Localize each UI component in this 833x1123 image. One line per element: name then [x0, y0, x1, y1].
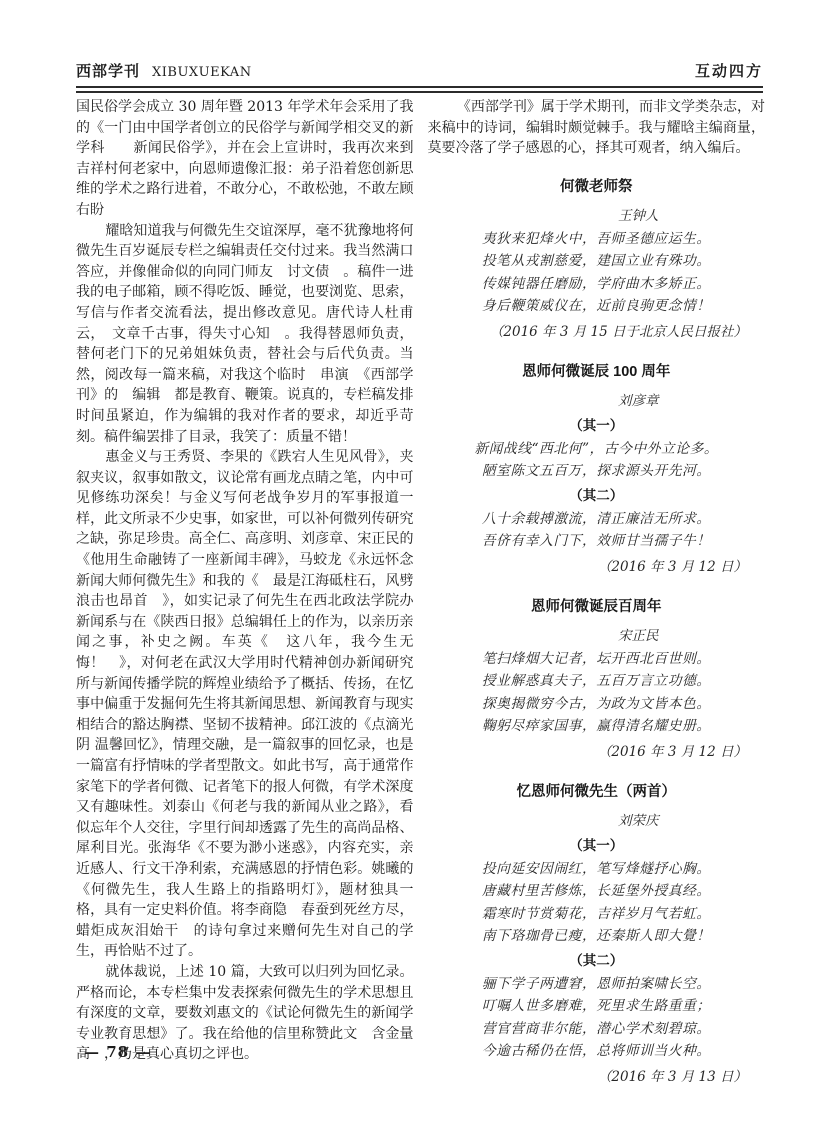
- poem-date: （2016 年 3 月 12 日）: [428, 740, 766, 764]
- stanza-label: （其二）: [428, 483, 766, 508]
- poem-title: 恩师何微诞辰百周年: [428, 595, 766, 616]
- poem-line: 南下珞珈骨已瘦，还秦斯人即大覺！: [428, 925, 766, 948]
- page-number: — 78 —: [84, 1043, 151, 1061]
- poem-line: 身后鞭策威仪在，近前良驹更念情！: [428, 295, 766, 318]
- poem-title: 忆恩师何微先生（两首）: [428, 780, 766, 801]
- poem-line: 陋室陈文五百万，探求源头开先河。: [428, 460, 766, 483]
- header-double-rule: [76, 86, 763, 93]
- poem-line: 传媒钝器任磨励，学府曲木多矫正。: [428, 273, 766, 296]
- poem-line: 投笔从戎割慈爱，建国立业有殊功。: [428, 250, 766, 273]
- poem-enshi-bai-zhounian: 恩师何微诞辰百周年 宋正民 笔扫烽烟大记者，坛开西北百世则。 授业解惑真夫子，五…: [428, 595, 766, 764]
- poem-line: 八十余载搏激流，清正廉洁无所求。: [428, 508, 766, 531]
- poem-line: 笔扫烽烟大记者，坛开西北百世则。: [428, 648, 766, 671]
- poem-line: 投向延安因闹红，笔写烽燧抒心胸。: [428, 858, 766, 881]
- poem-line: 霜寒时节赏菊花，吉祥岁月气若虹。: [428, 903, 766, 926]
- poem-date: （2016 年 3 月 12 日）: [428, 555, 766, 579]
- poem-line: 吾侪有幸入门下，效师甘当孺子牛！: [428, 530, 766, 553]
- poem-line: 授业解惑真夫子，五百万言立功德。: [428, 670, 766, 693]
- stanza-label: （其一）: [428, 413, 766, 438]
- journal-name-pinyin: XIBUXUEKAN: [152, 65, 252, 80]
- poem-title: 恩师何微诞辰 100 周年: [428, 360, 766, 381]
- poem-date: （2016 年 3 月 13 日）: [428, 1065, 766, 1089]
- page-footer: — 78 —: [84, 1043, 151, 1061]
- poem-yi-enshi-liangshou: 忆恩师何微先生（两首） 刘荣庆 （其一） 投向延安因闹红，笔写烽燧抒心胸。 唐藏…: [428, 780, 766, 1089]
- poem-date: （2016 年 3 月 15 日于北京人民日报社）: [428, 320, 766, 344]
- journal-title-group: 西部学刊XIBUXUEKAN: [76, 60, 252, 81]
- stanza-label: （其一）: [428, 833, 766, 858]
- right-column: 《西部学刊》属于学术期刊，而非文学类杂志，对来稿中的诗词，编辑时颇觉棘手。我与耀…: [428, 97, 766, 1089]
- section-name: 互动四方: [695, 60, 763, 81]
- poem-he-wei-laoshi-ji: 何微老师祭 王钟人 夷狄来犯烽火中，吾师圣德应运生。 投笔从戎割慈爱，建国立业有…: [428, 175, 766, 344]
- poem-line: 探奥揭微穷今古，为政为文皆本色。: [428, 693, 766, 716]
- poem-line: 唐藏村里苦修炼，长延堡外授真经。: [428, 880, 766, 903]
- journal-name-chinese: 西部学刊: [76, 63, 140, 80]
- poem-line: 新闻战线“西北何”，古今中外立论多。: [428, 438, 766, 461]
- poem-enshi-100-zhounian: 恩师何微诞辰 100 周年 刘彦章 （其一） 新闻战线“西北何”，古今中外立论多…: [428, 360, 766, 579]
- page-header: 西部学刊XIBUXUEKAN 互动四方: [76, 60, 763, 93]
- poem-author: 王钟人: [470, 204, 808, 228]
- journal-page: 西部学刊XIBUXUEKAN 互动四方 国民俗学会成立 30 周年暨 2013 …: [0, 0, 833, 1123]
- poem-title: 何微老师祭: [428, 175, 766, 196]
- left-column: 国民俗学会成立 30 周年暨 2013 年学术年会采用了我的《一门由中国学者创立…: [76, 97, 414, 1089]
- poem-line: 夷狄来犯烽火中，吾师圣德应运生。: [428, 228, 766, 251]
- poem-line: 今逾古稀仍在悟，总将师训当火种。: [428, 1040, 766, 1063]
- poem-line: 叮嘱人世多磨难，死里求生路重重；: [428, 995, 766, 1018]
- poem-line: 营官营商非尔能，潜心学术刻碧琼。: [428, 1018, 766, 1041]
- editor-intro-paragraph: 《西部学刊》属于学术期刊，而非文学类杂志，对来稿中的诗词，编辑时颇觉棘手。我与耀…: [428, 97, 766, 159]
- poem-line: 骊下学子两遭窘，恩师拍案啸长空。: [428, 973, 766, 996]
- page-body: 国民俗学会成立 30 周年暨 2013 年学术年会采用了我的《一门由中国学者创立…: [76, 97, 765, 1089]
- poem-author: 刘荣庆: [470, 809, 808, 833]
- body-paragraph: 惠金义与王秀贤、李果的《跌宕人生见风骨》，夹叙夹议，叙事如散文，议论常有画龙点睛…: [76, 447, 414, 962]
- body-paragraph: 国民俗学会成立 30 周年暨 2013 年学术年会采用了我的《一门由中国学者创立…: [76, 97, 414, 221]
- poem-author: 刘彦章: [470, 389, 808, 413]
- poem-line: 鞠躬尽瘁家国事，赢得清名耀史册。: [428, 715, 766, 738]
- poem-author: 宋正民: [470, 624, 808, 648]
- stanza-label: （其二）: [428, 948, 766, 973]
- body-paragraph: 耀晗知道我与何微先生交谊深厚，毫不犹豫地将何微先生百岁诞辰专栏之编辑责任交付过来…: [76, 221, 414, 448]
